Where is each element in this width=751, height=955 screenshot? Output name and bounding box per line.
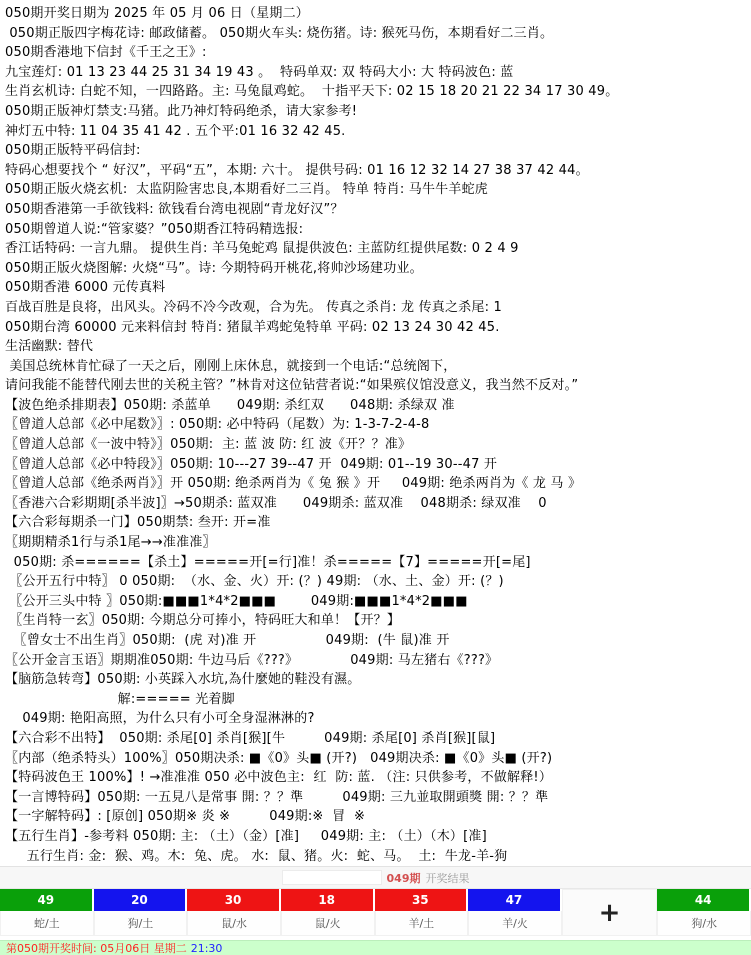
footer-bar: 第050期开奖时间: 05月06日 星期二 21:30: [0, 940, 751, 955]
text-line: 050期正版神灯禁支:马猪。此乃神灯特码绝杀，请大家参考!: [5, 102, 749, 122]
result-ball: 18鼠/火: [281, 889, 375, 936]
text-line: 050期: 杀======【杀土】=====开[=行]准！杀=====【7】==…: [5, 553, 749, 573]
next-draw-time: 21:30: [191, 942, 223, 955]
text-line: 〖曾道人总部《必中特段》〗050期: 10---27 39--47 开 049期…: [5, 455, 749, 475]
text-line: 【一字解特码】: [原创] 050期※ 炎 ※ 049期:※ 冒 ※: [5, 807, 749, 827]
text-line: 050期正版特平码信封:: [5, 141, 749, 161]
text-line: 〖香港六合彩期期[杀半波]〗→50期杀: 蓝双准 049期杀: 蓝双准 048期…: [5, 494, 749, 514]
text-line: 050期开奖日期为 2025 年 05 月 06 日（星期二）: [5, 4, 749, 24]
text-line: 050期正版火烧玄机: 太监阴险害忠良,本期看好二三肖。 特单 特肖: 马牛牛羊…: [5, 180, 749, 200]
text-line: 〖生肖特一玄〗050期: 今期总分可捧小，特码旺大和单！【开？】: [5, 611, 749, 631]
text-line: 百战百胜是良将，出风头。冷码不冷今改观，合为先。 传真之杀肖: 龙 传真之杀尾:…: [5, 298, 749, 318]
text-line: 〖内部（绝杀特头）100%〗050期决杀: ■《0》头■ (开?) 049期决杀…: [5, 749, 749, 769]
text-line: 050期香港地下信封《千王之王》:: [5, 43, 749, 63]
text-line: 050期香港 6000 元传真料: [5, 278, 749, 298]
plus-separator: +: [562, 889, 658, 936]
text-line: 〖曾道人总部《绝杀两肖》〗开 050期: 绝杀两肖为《 兔 猴 》开 049期:…: [5, 474, 749, 494]
text-line: 解:===== 光着脚: [5, 690, 749, 710]
ball-number: 35: [375, 889, 469, 911]
text-line: 050期正版四字梅花诗: 邮政储蓄。 050期火车头: 烧伤猪。诗: 猴死马伤，…: [5, 24, 749, 44]
text-line: 〖公开金言玉语〗期期准050期: 牛边马后《???》 049期: 马左猪右《??…: [5, 651, 749, 671]
text-line: 特码心想要找个 “ 好汉”，平码“五”，本期: 六十。 提供号码: 01 16 …: [5, 161, 749, 181]
text-line: 美国总统林肯忙碌了一天之后，刚刚上床休息，就接到一个电话:“总统阁下，: [5, 357, 749, 377]
text-line: 【脑筋急转弯】050期: 小英踩入水坑,為什麼她的鞋没有濕。: [5, 670, 749, 690]
text-line: 生肖玄机诗: 白蛇不知，一四路路。主: 马兔鼠鸡蛇。 十指平天下: 02 15 …: [5, 82, 749, 102]
text-line: 五行生肖: 金: 猴、鸡。木: 兔、虎。 水: 鼠、猪。火: 蛇、马。 土: 牛…: [5, 847, 749, 867]
text-line: 生活幽默: 替代: [5, 337, 749, 357]
text-line: 【一言博特码】050期: 一五見八是常事 開: ？？準 049期: 三九並取開頭…: [5, 788, 749, 808]
result-ball: 44狗/水: [657, 889, 751, 936]
result-ball: 30鼠/水: [187, 889, 281, 936]
text-line: 049期: 艳阳高照，为什么只有小可全身湿淋淋的?: [5, 709, 749, 729]
text-line: 九宝莲灯: 01 13 23 44 25 31 34 19 43 。 特码单双:…: [5, 63, 749, 83]
text-line: 神灯五中特: 11 04 35 41 42 . 五个平:01 16 32 42 …: [5, 122, 749, 142]
ball-number: 30: [187, 889, 281, 911]
text-line: 【六合彩不出特】 050期: 杀尾[0] 杀肖[猴][牛 049期: 杀尾[0]…: [5, 729, 749, 749]
text-line: 050期正版火烧图解: 火烧“马”。诗: 今期特码开桃花,将帅沙场建功业。: [5, 259, 749, 279]
ball-zodiac-element-label: 羊/土: [375, 911, 469, 936]
result-ball: 20狗/土: [94, 889, 188, 936]
result-ball: 49蛇/土: [0, 889, 94, 936]
text-line: 〖曾女士不出生肖〗050期: (虎 对)准 开 049期: (牛 鼠)准 开: [5, 631, 749, 651]
results-caption: 开奖结果: [425, 870, 469, 886]
text-line: 050期香港第一手欲钱料: 欲钱看台湾电视剧“青龙好汉”？: [5, 200, 749, 220]
ball-zodiac-element-label: 羊/火: [468, 911, 562, 936]
text-line: 〖期期精杀1行与杀1尾→→准准准〗: [5, 533, 749, 553]
text-line: 【六合彩每期杀一门】050期禁: 叁开: 开=准: [5, 513, 749, 533]
text-line: 香江话特码: 一言九鼎。 提供生肖: 羊马兔蛇鸡 鼠提供波色: 主蓝防红提供尾数…: [5, 239, 749, 259]
text-line: 050期曾道人说:“管家婆？”050期香江特码精选报:: [5, 220, 749, 240]
tips-text-block: 050期开奖日期为 2025 年 05 月 06 日（星期二） 050期正版四字…: [0, 0, 751, 866]
result-ball: 35羊/土: [375, 889, 469, 936]
ball-zodiac-element-label: 狗/土: [94, 911, 188, 936]
results-period-label: 049期: [387, 870, 421, 886]
ball-number: 20: [94, 889, 188, 911]
text-line: 050期台湾 60000 元来料信封 特肖: 猪鼠羊鸡蛇兔特单 平码: 02 1…: [5, 318, 749, 338]
lottery-tips-page: 050期开奖日期为 2025 年 05 月 06 日（星期二） 050期正版四字…: [0, 0, 751, 955]
text-line: 〖曾道人总部《一波中特》〗050期: 主: 蓝 波 防: 红 波《开？？准》: [5, 435, 749, 455]
ball-number: 49: [0, 889, 94, 911]
ball-number: 44: [657, 889, 751, 911]
result-ball: 47羊/火: [468, 889, 562, 936]
text-line: 请问我能不能替代刚去世的关税主管？”林肯对这位钻营者说:“如果殡仪馆没意义，我当…: [5, 376, 749, 396]
text-line: 〖公开五行中特〗 0 050期: （水、金、火）开: (？) 49期: （水、土…: [5, 572, 749, 592]
ball-zodiac-element-label: 狗/水: [657, 911, 751, 936]
next-draw-text: 第050期开奖时间: 05月06日 星期二: [6, 940, 187, 955]
results-ball-row: 49蛇/土20狗/土30鼠/水18鼠/火35羊/土47羊/火+44狗/水: [0, 889, 751, 936]
ball-zodiac-element-label: 蛇/土: [0, 911, 94, 936]
ball-zodiac-element-label: 鼠/水: [187, 911, 281, 936]
plus-icon: +: [599, 900, 621, 926]
text-line: 【五行生肖】-参考料 050期: 主: （土）（金）[准] 049期: 主: （…: [5, 827, 749, 847]
period-input[interactable]: [282, 870, 382, 885]
text-line: 【波色绝杀排期表】050期: 杀蓝单 049期: 杀红双 048期: 杀绿双 准: [5, 396, 749, 416]
text-line: 〖曾道人总部《必中尾数》〗: 050期: 必中特码（尾数）为: 1-3-7-2-…: [5, 415, 749, 435]
text-line: 【特码波色王 100%】! →准准准 050 必中波色主: 红 防: 蓝. （注…: [5, 768, 749, 788]
text-line: 〖公开三头中特 〗050期:■■■1*4*2■■■ 049期:■■■1*4*2■…: [5, 592, 749, 612]
ball-number: 47: [468, 889, 562, 911]
ball-number: 18: [281, 889, 375, 911]
results-bar: 049期 开奖结果: [0, 866, 751, 889]
ball-zodiac-element-label: 鼠/火: [281, 911, 375, 936]
